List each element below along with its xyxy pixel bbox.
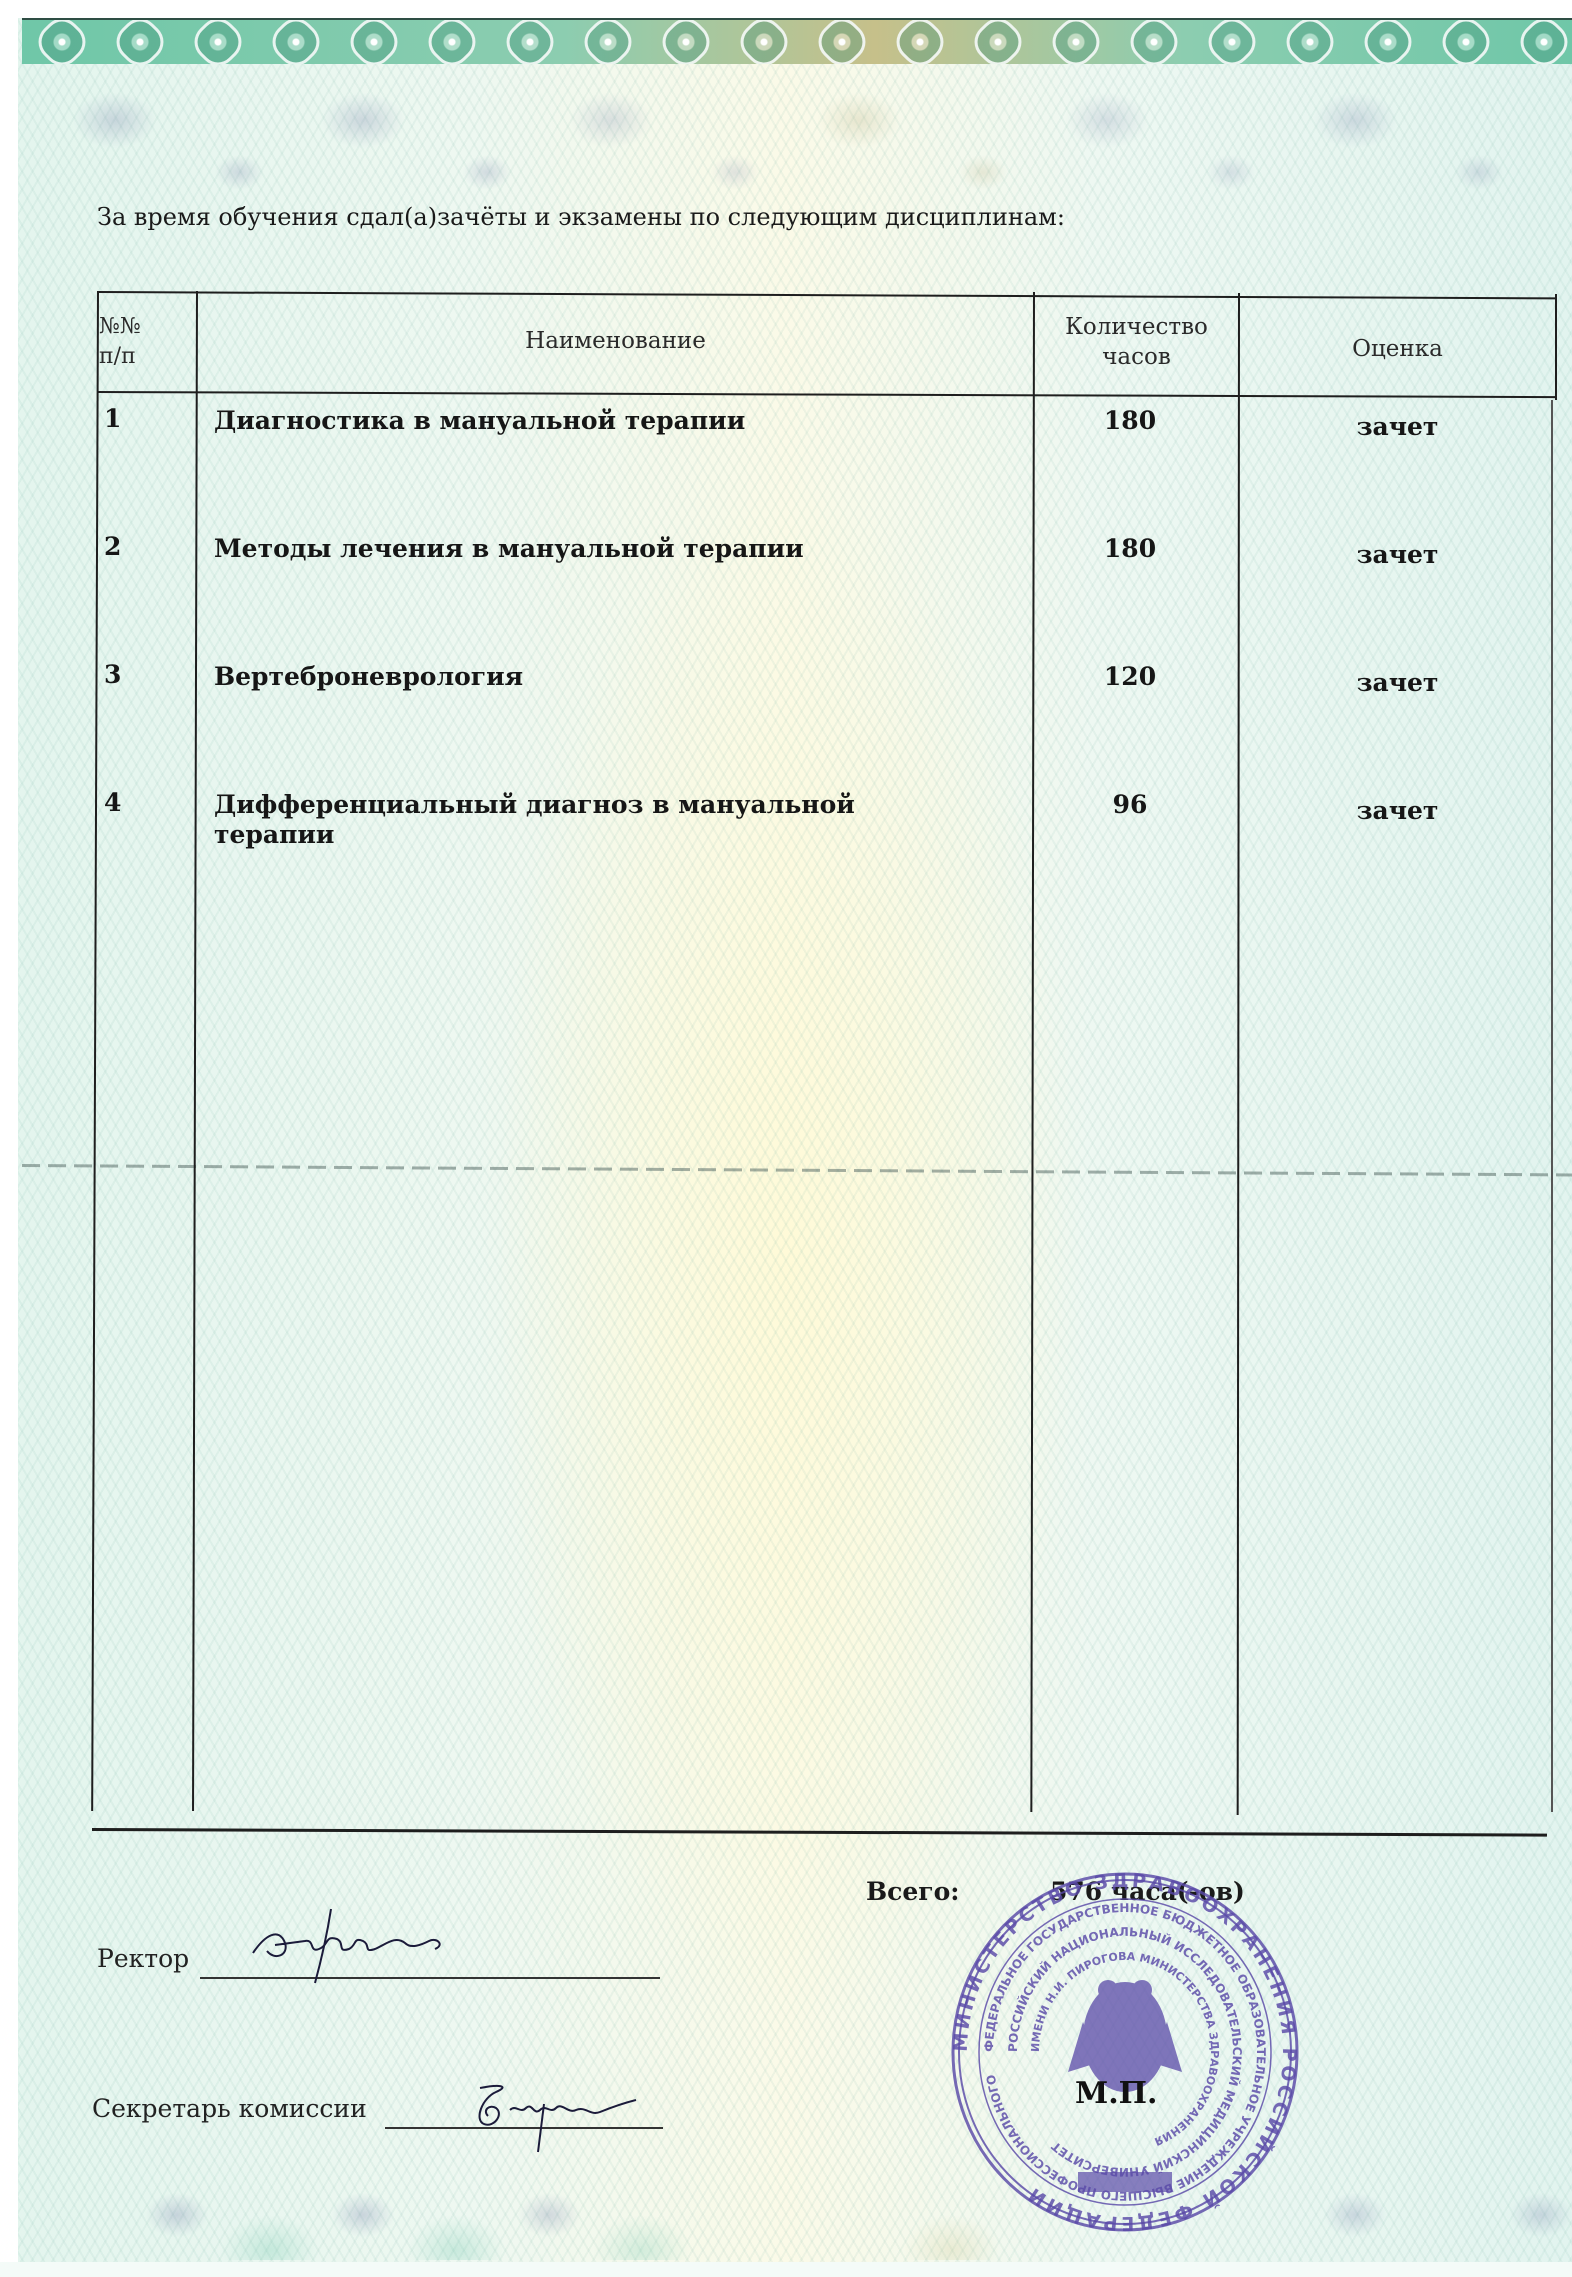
discipline-name: Вертеброневрология <box>214 662 974 692</box>
security-pattern-bottom <box>22 2160 1572 2260</box>
discipline-name-line: Вертеброневрология <box>214 662 974 692</box>
official-seal-stamp: МИНИСТЕРСТВО ЗДРАВООХРАНЕНИЯ РОССИЙСКОЙ … <box>950 1872 1300 2232</box>
rosette-ornament <box>1435 18 1497 64</box>
rector-signature <box>245 1905 455 1985</box>
rosette-ornament <box>1279 18 1341 64</box>
secretary-signature <box>460 2080 660 2155</box>
hours-value: 120 <box>1035 662 1225 692</box>
rosette-ornament <box>265 18 327 64</box>
header-hours-line1: Количество <box>1035 312 1238 342</box>
scan-margin-top <box>0 0 1572 18</box>
row-number: 3 <box>104 660 121 690</box>
secretary-label: Секретарь комиссии <box>92 2094 367 2123</box>
scan-margin-left <box>0 0 18 2277</box>
rector-label: Ректор <box>97 1944 189 1973</box>
discipline-name-line: Методы лечения в мануальной терапии <box>214 534 974 564</box>
hours-value: 180 <box>1035 534 1225 564</box>
row-number: 1 <box>104 404 121 434</box>
grade-value: зачет <box>1240 540 1555 570</box>
paper-fold-crease <box>22 1164 1572 1176</box>
grade-value: зачет <box>1240 668 1555 698</box>
intro-text: За время обучения сдал(а)зачёты и экзаме… <box>97 203 1065 231</box>
discipline-name: Дифференциальный диагноз в мануальнойтер… <box>214 790 974 850</box>
discipline-name-line: терапии <box>214 820 974 850</box>
rosette-ornament <box>343 18 405 64</box>
rosette-ornament <box>1201 18 1263 64</box>
header-hours: Количество часов <box>1035 312 1238 372</box>
rosette-ornament <box>1045 18 1107 64</box>
hours-value: 180 <box>1035 406 1225 436</box>
total-label: Всего: <box>866 1877 959 1906</box>
header-hours-line2: часов <box>1035 342 1238 372</box>
rosette-ornament <box>577 18 639 64</box>
column-border-left <box>91 291 99 1811</box>
header-number-line2: п/п <box>99 342 196 372</box>
header-number: №№ п/п <box>99 312 196 372</box>
rosette-ornament <box>733 18 795 64</box>
rosette-ornament <box>109 18 171 64</box>
scan-margin-bottom <box>0 2262 1572 2277</box>
ornamental-border <box>22 18 1572 64</box>
seal-place-label: М.П. <box>1075 2076 1157 2111</box>
column-divider-name <box>1030 292 1035 1812</box>
rosette-ornament <box>1513 18 1572 64</box>
discipline-name-line: Диагностика в мануальной терапии <box>214 406 974 436</box>
header-grade: Оценка <box>1240 334 1555 364</box>
rosette-ornament <box>421 18 483 64</box>
grade-value: зачет <box>1240 412 1555 442</box>
column-divider-number <box>192 291 198 1811</box>
discipline-name: Диагностика в мануальной терапии <box>214 406 974 436</box>
rosette-ornament <box>967 18 1029 64</box>
table-border-top <box>97 291 1557 299</box>
column-divider-hours <box>1237 293 1240 1815</box>
rosette-ornament <box>187 18 249 64</box>
header-number-line1: №№ <box>99 312 196 342</box>
table-closing-line <box>92 1828 1547 1837</box>
header-divider <box>97 391 1557 398</box>
rosette-ornament <box>811 18 873 64</box>
rosette-ornament <box>889 18 951 64</box>
hours-value: 96 <box>1035 790 1225 820</box>
row-number: 2 <box>104 532 121 562</box>
column-border-right-header <box>1555 294 1557 400</box>
rosette-ornament <box>31 18 93 64</box>
rosette-ornament <box>499 18 561 64</box>
security-pattern-top <box>22 62 1572 192</box>
row-number: 4 <box>104 788 121 818</box>
column-border-right <box>1551 400 1553 1812</box>
discipline-name-line: Дифференциальный диагноз в мануальной <box>214 790 974 820</box>
stamp-number-block <box>1078 2172 1172 2192</box>
rosette-ornament <box>655 18 717 64</box>
grade-value: зачет <box>1240 796 1555 826</box>
header-name: Наименование <box>198 326 1033 356</box>
discipline-name: Методы лечения в мануальной терапии <box>214 534 974 564</box>
rosette-ornament <box>1123 18 1185 64</box>
rosette-ornament <box>1357 18 1419 64</box>
